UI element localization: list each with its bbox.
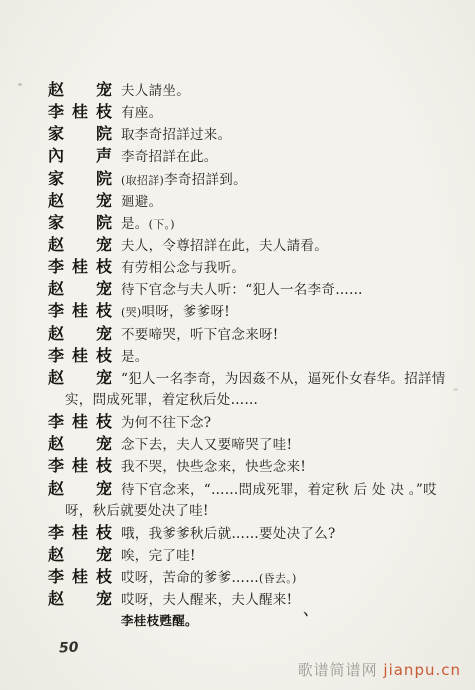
speaker-name: 赵 宠 <box>48 79 112 101</box>
speaker-name: 李桂枝 <box>48 522 112 544</box>
dialogue-text: 有座。 <box>121 102 162 124</box>
stage-note-text: (下。) <box>149 214 175 236</box>
speaker-name: 李桂枝 <box>48 566 112 588</box>
page-number: 50 <box>59 640 79 657</box>
dialogue-text: 哎呀，夫人醒来，夫人醒来! <box>121 589 292 611</box>
script-line: 赵 宠待下官念与夫人听：“犯人一名李奇…… <box>48 278 465 300</box>
script-line: 赵 宠待下官念来，“……問成死罪，着定秋 后 处 决 。”哎 <box>48 478 465 500</box>
script-line: 赵 宠哎呀，夫人醒来，夫人醒来! <box>48 588 465 610</box>
speaker-name: 李桂枝 <box>48 300 112 322</box>
script-line: 李桂枝哎呀，苦命的爹爹……(昏去。) <box>48 566 465 588</box>
stage-note-text: (昏去。) <box>259 568 297 590</box>
script-line: 呀，秋后就要处决了哇! <box>48 500 465 522</box>
dialogue-text: 为何不往下念? <box>121 412 211 434</box>
stage-note-text: (取招詳) <box>121 170 164 192</box>
speaker-name: 李桂枝 <box>48 256 112 278</box>
dialogue-text: 唉，完了哇! <box>121 545 196 567</box>
dialogue-text: 夫人請坐。 <box>121 80 190 102</box>
script-line: 赵 宠“犯人一名李奇，为因姦不从，逼死仆女春华。招詳情 <box>48 367 465 389</box>
dialogue-text: 哦，我爹爹秋后就……要处决了么? <box>121 523 336 545</box>
dialogue-text: 唄呀，爹爹呀! <box>141 301 230 323</box>
speaker-name: 赵 宠 <box>48 588 112 610</box>
dialogue-text: 待下官念来，“……問成死罪，着定秋 后 处 决 。”哎 <box>121 479 437 501</box>
dialogue-text: 有劳相公念与我听。 <box>121 257 245 279</box>
script-body: 赵 宠夫人請坐。李桂枝有座。家 院取李奇招詳过来。內 声李奇招詳在此。家 院(取… <box>48 79 465 633</box>
scan-speck <box>18 83 22 86</box>
speaker-name: 李桂枝 <box>48 411 112 433</box>
script-line: 赵 宠念下去，夫人又要啼哭了哇! <box>48 433 465 455</box>
speaker-name: 赵 宠 <box>48 544 112 566</box>
dialogue-text: 是。 <box>121 213 149 235</box>
stage-direction-text: 李桂枝甦醒。 <box>121 610 198 632</box>
script-line: 家 院是。(下。) <box>48 212 465 234</box>
script-line: 李桂枝我不哭，快些念来，快些念来! <box>48 455 465 477</box>
speaker-name: 赵 宠 <box>48 323 112 345</box>
script-line: 家 院取李奇招詳过来。 <box>48 123 465 145</box>
dialogue-text: 念下去，夫人又要啼哭了哇! <box>121 434 292 456</box>
speaker-name: 李桂枝 <box>48 101 112 123</box>
dialogue-text: 我不哭，快些念来，快些念来! <box>121 456 306 478</box>
script-line: 赵 宠夫人，令尊招詳在此，夫人請看。 <box>48 234 465 256</box>
watermark-site-name: 歌谱简谱网 <box>298 661 378 679</box>
watermark-site-url: jianpu.cn <box>383 661 461 679</box>
script-line: 赵 宠唉，完了哇! <box>48 544 465 566</box>
watermark: 歌谱简谱网 jianpu.cn <box>298 659 461 680</box>
dialogue-text: “犯人一名李奇，为因姦不从，逼死仆女春华。招詳情 <box>121 368 446 390</box>
stray-ink-mark: ヽ <box>300 606 311 622</box>
dialogue-text: 李奇招詳在此。 <box>121 146 218 168</box>
script-line: 家 院(取招詳)李奇招詳到。 <box>48 168 465 190</box>
speaker-name: 赵 宠 <box>48 367 112 389</box>
speaker-name: 李桂枝 <box>48 455 112 477</box>
script-line: 赵 宠不要啼哭，听下官念来呀! <box>48 323 465 345</box>
script-line: 赵 宠夫人請坐。 <box>48 79 465 101</box>
dialogue-text: 夫人，令尊招詳在此，夫人請看。 <box>121 235 328 257</box>
script-line: 李桂枝为何不往下念? <box>48 411 465 433</box>
dialogue-text: 实，問成死罪，着定秋后处…… <box>65 389 258 411</box>
script-line: 內 声李奇招詳在此。 <box>48 145 465 167</box>
speaker-name: 赵 宠 <box>48 478 112 500</box>
scan-speck <box>453 388 458 391</box>
script-line: 李桂枝是。 <box>48 345 465 367</box>
dialogue-text: 不要啼哭，听下官念来呀! <box>121 324 279 346</box>
dialogue-text: 廻避。 <box>121 191 162 213</box>
script-line: 实，問成死罪，着定秋后处…… <box>48 389 465 411</box>
dialogue-text: 待下官念与夫人听：“犯人一名李奇…… <box>121 279 363 301</box>
speaker-name: 赵 宠 <box>48 433 112 455</box>
speaker-name: 赵 宠 <box>48 190 112 212</box>
speaker-name: 家 院 <box>48 123 112 145</box>
speaker-name: 赵 宠 <box>48 234 112 256</box>
dialogue-text: 李奇招詳到。 <box>164 169 247 191</box>
speaker-name: 李桂枝 <box>48 345 112 367</box>
script-line: 赵 宠廻避。 <box>48 190 465 212</box>
script-line: 李桂枝有座。 <box>48 101 465 123</box>
stage-direction-line: 李桂枝甦醒。 <box>48 610 465 632</box>
script-line: 李桂枝(哭)唄呀，爹爹呀! <box>48 300 465 322</box>
dialogue-text: 哎呀，苦命的爹爹…… <box>121 567 259 589</box>
speaker-name: 赵 宠 <box>48 278 112 300</box>
script-line: 李桂枝哦，我爹爹秋后就……要处决了么? <box>48 522 465 544</box>
dialogue-text: 呀，秋后就要处决了哇! <box>65 500 209 522</box>
script-line: 李桂枝有劳相公念与我听。 <box>48 256 465 278</box>
stage-note-text: (哭) <box>121 302 141 324</box>
dialogue-text: 是。 <box>121 346 149 368</box>
speaker-name: 家 院 <box>48 168 112 190</box>
speaker-name: 內 声 <box>48 145 112 167</box>
dialogue-text: 取李奇招詳过来。 <box>121 124 231 146</box>
speaker-name: 家 院 <box>48 212 112 234</box>
